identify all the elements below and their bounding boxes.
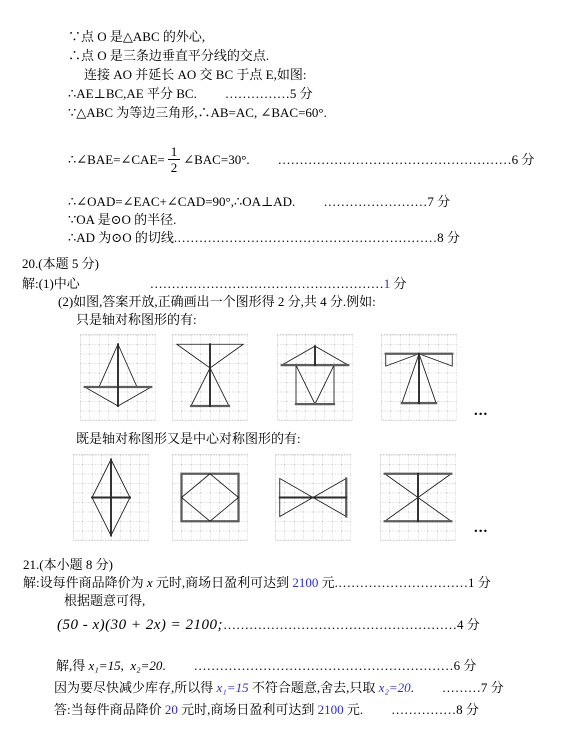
symmetry-figure-r1-1 bbox=[80, 334, 156, 421]
q20-answer-line: 解:(1)中心………………………………………………1 分 bbox=[22, 274, 407, 293]
fraction-one-half: 1 2 bbox=[168, 145, 181, 174]
fraction-pre-text: ∴∠BAE=∠CAE= bbox=[68, 150, 165, 169]
fraction-post-text: ∠BAC=30°. bbox=[183, 150, 249, 169]
proof-line-4: ∴AE⊥BC,AE 平分 BC.……………5 分 bbox=[68, 84, 313, 103]
symmetry-figure-r1-4 bbox=[381, 334, 457, 421]
q21-equation: (50 - x)(30 + 2x) = 2100;………………………………………… bbox=[57, 615, 480, 635]
fraction-numerator: 1 bbox=[168, 145, 181, 160]
q21-line-1: 解:设每件商品降价为 x 元时,商场日盈利可达到 2100 元.……………………… bbox=[23, 573, 491, 592]
q20-caption-axis-only: 只是轴对称图形的有: bbox=[76, 310, 197, 329]
symmetry-figure-r1-3 bbox=[277, 334, 353, 421]
q20-note-line: (2)如图,答案开放,正确画出一个图形得 2 分,共 4 分.例如: bbox=[58, 292, 376, 311]
proof-line-1: ∵点 O 是△ABC 的外心, bbox=[68, 27, 205, 46]
q20-header: 20.(本题 5 分) bbox=[22, 254, 99, 273]
q21-line-2: 根据题意可得, bbox=[64, 591, 145, 610]
proof-line-8: ∵OA 是⊙O 的半径. bbox=[68, 210, 176, 229]
proof-line-7: ∴∠OAD=∠EAC+∠CAD=90°,∴OA⊥AD.……………………7 分 bbox=[68, 192, 450, 211]
symmetry-figure-r2-2 bbox=[172, 454, 248, 541]
document-page: { "colors": {"text": "#000000", "accent_… bbox=[0, 0, 585, 741]
row2-ellipsis: ... bbox=[474, 520, 488, 537]
q20-caption-both: 既是轴对称图形又是中心对称图形的有: bbox=[76, 429, 301, 448]
proof-line-9: ∴AD 为⊙O 的切线.……………………………………………………8 分 bbox=[68, 228, 460, 247]
row1-ellipsis: ... bbox=[474, 403, 488, 420]
proof-line-5: ∵△ABC 为等边三角形,∴AB=AC, ∠BAC=60°. bbox=[68, 103, 327, 122]
q21-line-5: 因为要尽快减少库存,所以得 x₁=15 不符合题意,舍去,只取 x₂=20.……… bbox=[54, 678, 504, 697]
q21-header: 21.(本小题 8 分) bbox=[23, 555, 113, 574]
proof-line-3: 连接 AO 并延长 AO 交 BC 于点 E,如图: bbox=[84, 65, 306, 84]
proof-line-2: ∴点 O 是三条边垂直平分线的交点. bbox=[68, 46, 269, 65]
q21-line-4: 解,得 x₁=15, x₂=20.……………………………………………………6 分 bbox=[56, 656, 476, 675]
symmetry-figure-r2-1 bbox=[73, 454, 149, 541]
leader-dots-score: ………………………………………………6 分 bbox=[278, 150, 535, 169]
fraction-denominator: 2 bbox=[171, 160, 178, 174]
symmetry-figure-r2-4 bbox=[380, 454, 456, 541]
symmetry-figure-r2-3 bbox=[275, 454, 351, 541]
symmetry-figure-r1-2 bbox=[172, 334, 248, 421]
proof-line-fraction: ∴∠BAE=∠CAE= 1 2 ∠BAC=30°. ……………………………………… bbox=[68, 138, 534, 180]
q21-line-6: 答:当每件商品降价 20 元时,商场日盈利可达到 2100 元.……………8 分 bbox=[54, 700, 479, 719]
